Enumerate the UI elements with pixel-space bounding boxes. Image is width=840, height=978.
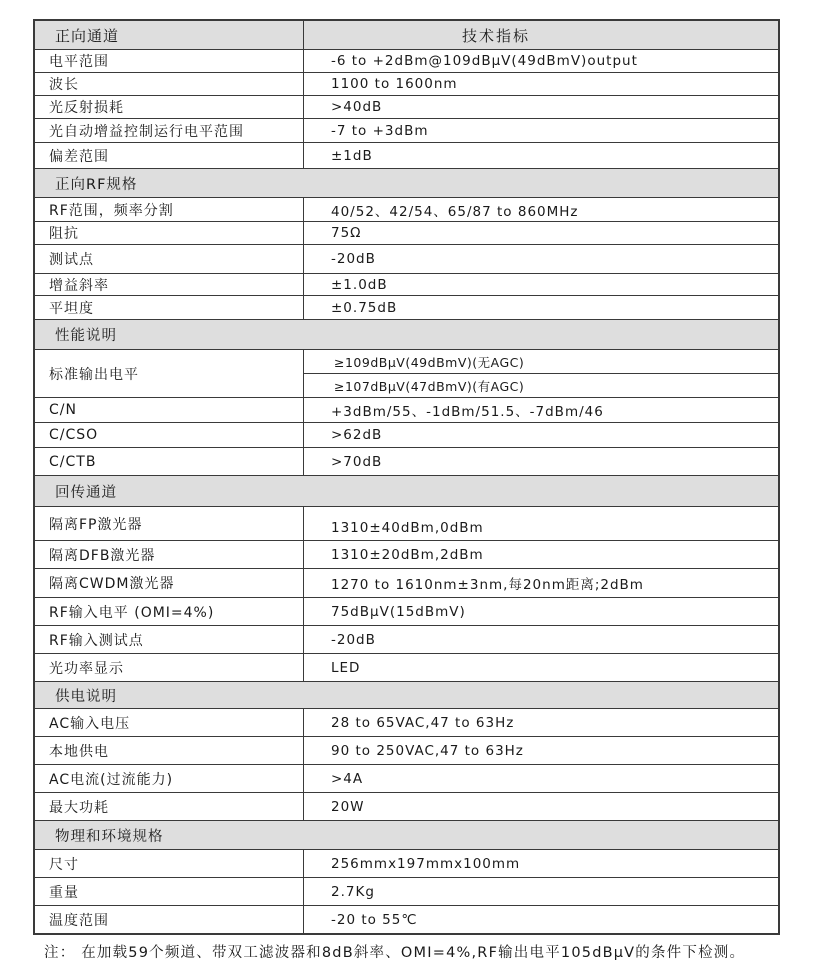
row-value: -6 to +2dBm@109dBμV(49dBmV)output [304,50,778,72]
table-row: 尺寸 256mmx197mmx100mm [35,850,778,878]
row-value: >62dB [304,423,778,447]
row-value: ±1.0dB [304,274,778,295]
row-label: 隔离CWDM激光器 [35,569,304,597]
row-label: C/N [35,398,304,422]
row-label: 阻抗 [35,222,304,244]
row-label: 尺寸 [35,850,304,877]
output-level-no-agc: ≥109dBμV(49dBmV)(无AGC) [304,350,778,373]
table-row: 光反射损耗 >40dB [35,96,778,119]
row-label: 偏差范围 [35,143,304,168]
table-row: RF范围，频率分割 40/52、42/54、65/87 to 860MHz [35,198,778,222]
section-title: 正向RF规格 [35,169,778,197]
table-row: 重量 2.7Kg [35,878,778,906]
row-value: 75dBμV(15dBmV) [304,598,778,625]
table-row: 隔离CWDM激光器 1270 to 1610nm±3nm,每20nm距离;2dB… [35,569,778,598]
table-row: C/CSO >62dB [35,423,778,448]
table-row: 电平范围 -6 to +2dBm@109dBμV(49dBmV)output [35,50,778,73]
row-label: 光反射损耗 [35,96,304,118]
row-value: >40dB [304,96,778,118]
table-row: 光自动增益控制运行电平范围 -7 to +3dBm [35,119,778,143]
table-header-row: 正向通道 技术指标 [35,21,778,50]
row-label: 温度范围 [35,906,304,933]
output-level-with-agc: ≥107dBμV(47dBmV)(有AGC) [304,373,778,397]
row-label: 标准输出电平 [35,350,304,397]
row-value: 1310±20dBm,2dBm [304,541,778,568]
row-label: AC输入电压 [35,709,304,736]
row-label: 隔离DFB激光器 [35,541,304,568]
section-title: 回传通道 [35,476,778,506]
row-value: ±0.75dB [304,296,778,319]
row-label: C/CTB [35,448,304,475]
footnote: 注： 在加载59个频道、带双工滤波器和8dB斜率、OMI=4%,RF输出电平10… [44,941,745,962]
table-row: 温度范围 -20 to 55℃ [35,906,778,933]
header-value: 技术指标 [304,21,778,49]
table-row: 阻抗 75Ω [35,222,778,245]
section-header-performance: 性能说明 [35,320,778,350]
row-label: 隔离FP激光器 [35,507,304,540]
section-header-forward-rf: 正向RF规格 [35,169,778,198]
row-label: 平坦度 [35,296,304,319]
table-row: 隔离DFB激光器 1310±20dBm,2dBm [35,541,778,569]
row-value: >70dB [304,448,778,475]
row-label: RF范围，频率分割 [35,198,304,221]
table-row: 波长 1100 to 1600nm [35,73,778,96]
row-label: 增益斜率 [35,274,304,295]
row-label: 光自动增益控制运行电平范围 [35,119,304,142]
table-row: 平坦度 ±0.75dB [35,296,778,320]
row-value: -20dB [304,626,778,653]
table-row: 增益斜率 ±1.0dB [35,274,778,296]
table-row: C/CTB >70dB [35,448,778,476]
spec-table: 正向通道 技术指标 电平范围 -6 to +2dBm@109dBμV(49dBm… [33,19,780,935]
row-label: C/CSO [35,423,304,447]
section-header-power: 供电说明 [35,682,778,709]
row-value: 1270 to 1610nm±3nm,每20nm距离;2dBm [304,569,778,597]
row-value: -7 to +3dBm [304,119,778,142]
row-value: -20dB [304,245,778,273]
table-row: 测试点 -20dB [35,245,778,274]
row-value: ±1dB [304,143,778,168]
row-label: 光功率显示 [35,654,304,681]
row-label: RF输入测试点 [35,626,304,653]
table-row: 光功率显示 LED [35,654,778,682]
table-row: RF输入测试点 -20dB [35,626,778,654]
row-value: 1100 to 1600nm [304,73,778,95]
table-row: AC电流(过流能力) >4A [35,765,778,793]
row-value: 40/52、42/54、65/87 to 860MHz [304,198,778,221]
row-label: 波长 [35,73,304,95]
output-level-values: ≥109dBμV(49dBmV)(无AGC) ≥107dBμV(47dBmV)(… [304,350,778,397]
table-row: RF输入电平 (OMI=4%) 75dBμV(15dBmV) [35,598,778,626]
table-row: 偏差范围 ±1dB [35,143,778,169]
row-label: 电平范围 [35,50,304,72]
row-value: -20 to 55℃ [304,906,778,933]
table-row: 本地供电 90 to 250VAC,47 to 63Hz [35,737,778,765]
row-value: 90 to 250VAC,47 to 63Hz [304,737,778,764]
row-value: 28 to 65VAC,47 to 63Hz [304,709,778,736]
row-label: AC电流(过流能力) [35,765,304,792]
row-label: 测试点 [35,245,304,273]
row-value: >4A [304,765,778,792]
section-title: 供电说明 [35,682,778,708]
table-row: 隔离FP激光器 1310±40dBm,0dBm [35,507,778,541]
section-header-return-channel: 回传通道 [35,476,778,507]
row-value: 256mmx197mmx100mm [304,850,778,877]
row-value: 2.7Kg [304,878,778,905]
row-label: 本地供电 [35,737,304,764]
section-header-physical: 物理和环境规格 [35,821,778,850]
table-row: 最大功耗 20W [35,793,778,821]
row-value: +3dBm/55、-1dBm/51.5、-7dBm/46 [304,398,778,422]
section-title: 物理和环境规格 [35,821,778,849]
row-value: 1310±40dBm,0dBm [304,507,778,540]
row-value: 75Ω [304,222,778,244]
table-row-output-level: 标准输出电平 ≥109dBμV(49dBmV)(无AGC) ≥107dBμV(4… [35,350,778,398]
row-label: 重量 [35,878,304,905]
section-title: 性能说明 [35,320,778,349]
table-row: C/N +3dBm/55、-1dBm/51.5、-7dBm/46 [35,398,778,423]
row-value: LED [304,654,778,681]
row-label: RF输入电平 (OMI=4%) [35,598,304,625]
row-label: 最大功耗 [35,793,304,820]
row-value: 20W [304,793,778,820]
table-row: AC输入电压 28 to 65VAC,47 to 63Hz [35,709,778,737]
header-label: 正向通道 [35,21,304,49]
